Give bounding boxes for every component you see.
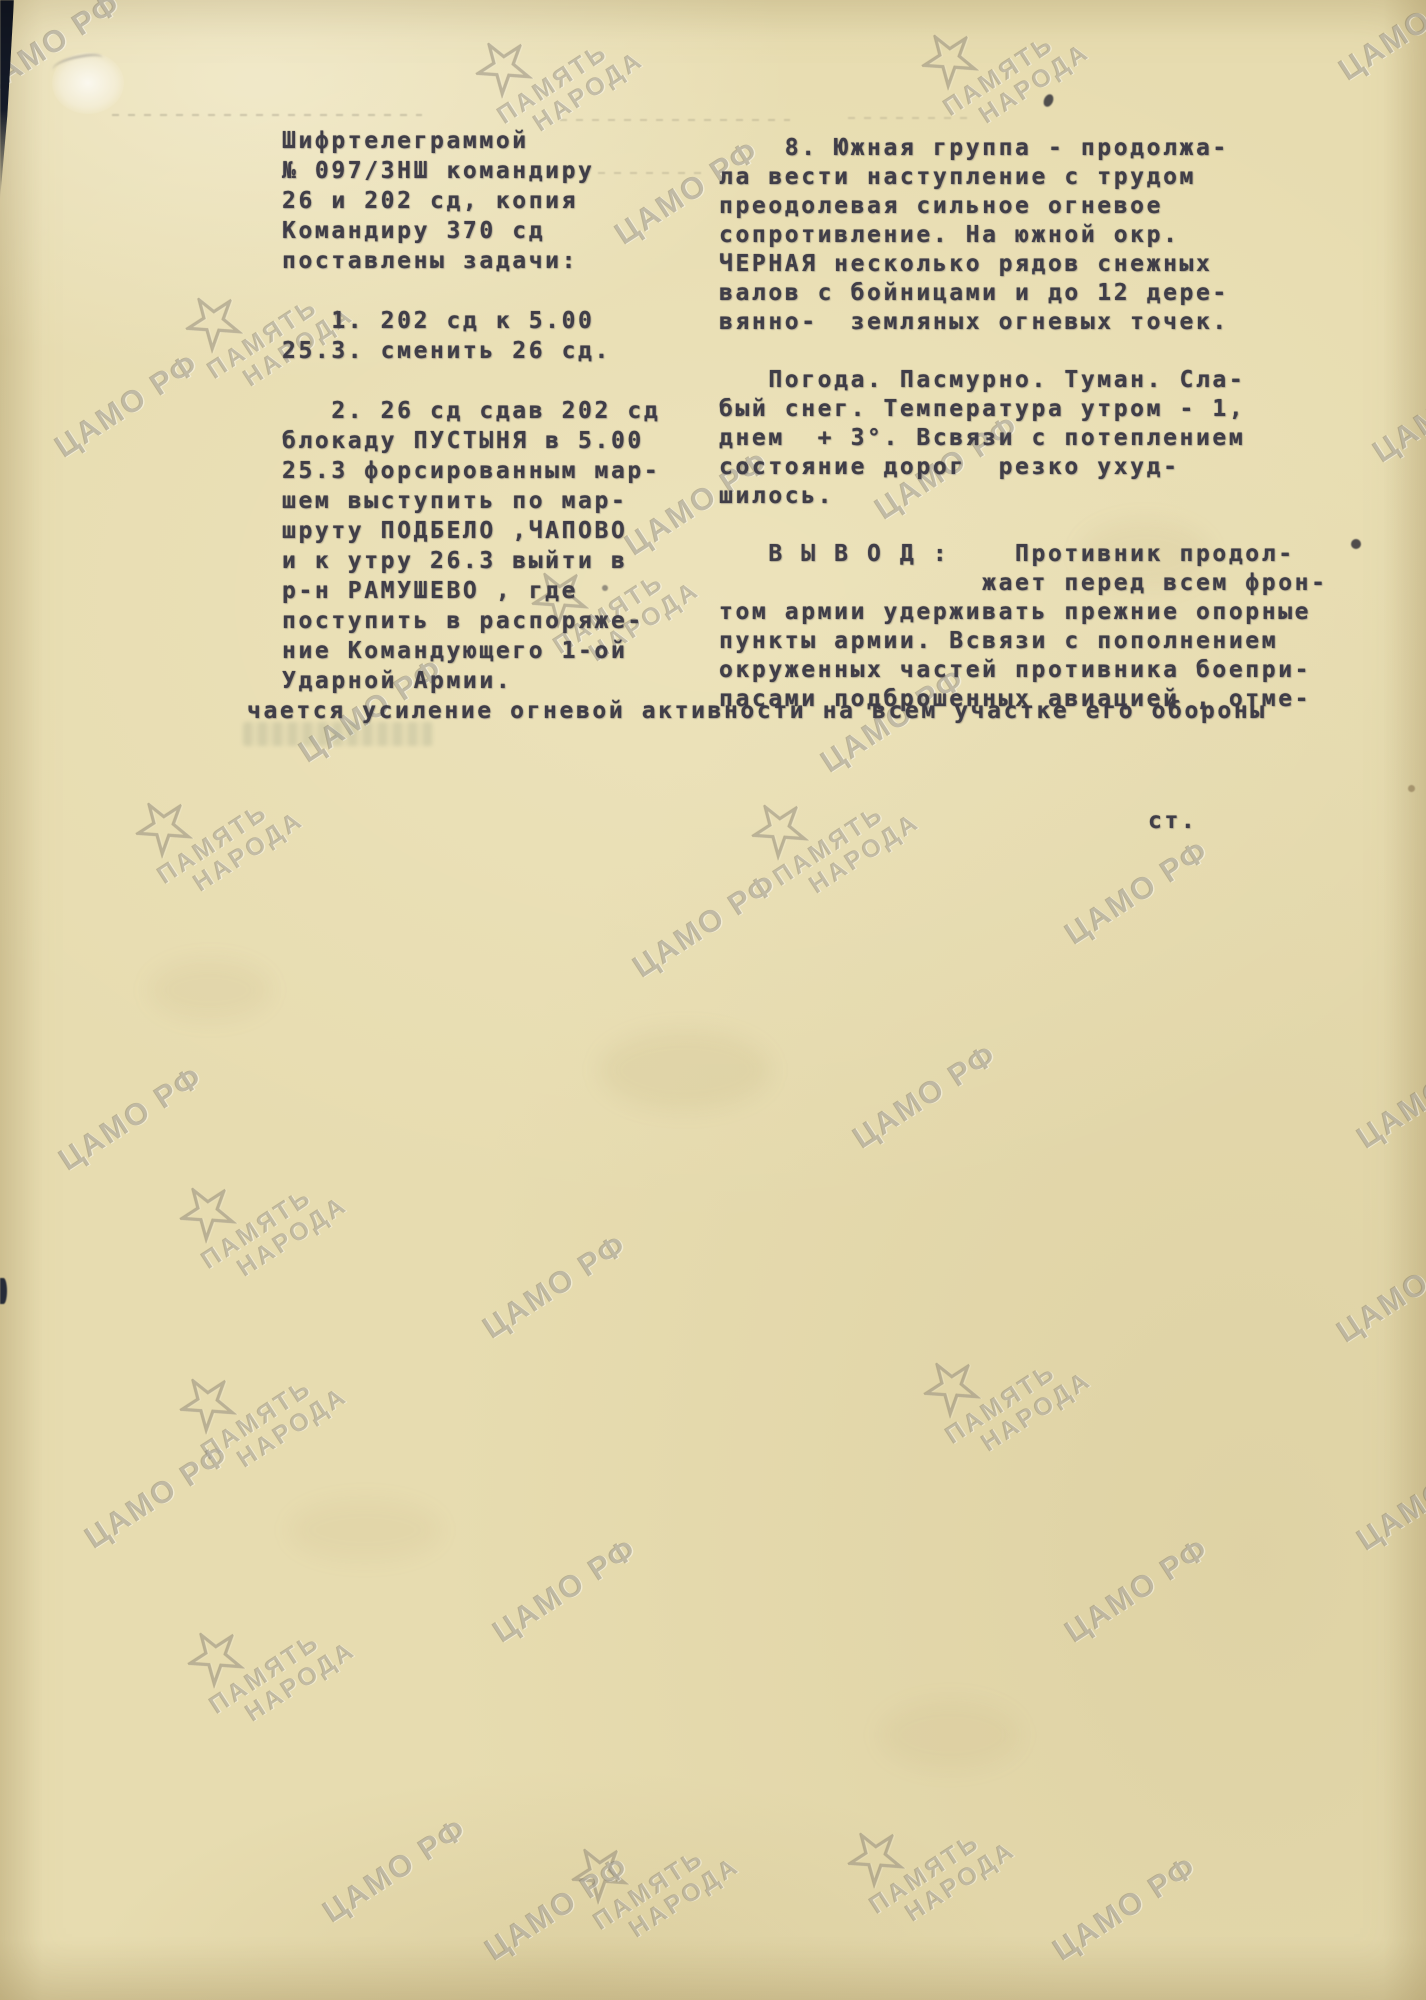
watermark-word: ПАМЯТЬ [938,16,1079,120]
text-line: бый снег. Температура утром - 1, [719,395,1328,424]
watermark-archive: ЦАМО РФ [1058,1531,1215,1651]
watermark-memory-logo: ПАМЯТЬНАРОДА [558,1784,744,1957]
watermark-word: НАРОДА [974,38,1093,128]
scan-edge-mark [0,1278,7,1304]
ink-speck [1408,785,1415,792]
watermark-memory-logo: ПАМЯТЬНАРОДА [174,1568,360,1741]
ink-speck [1351,539,1361,549]
text-line [719,511,1328,540]
watermark-word: ПАМЯТЬ [588,1830,729,1934]
text-line: и к утру 26.3 выйти в [282,546,660,576]
text-line [719,337,1328,366]
watermark-archive: ЦАМО РФ [48,346,205,466]
watermark-archive: ЦАМО РФ [486,1531,643,1651]
text-line: ла вести наступление с трудом [719,163,1328,192]
star-icon [911,20,986,95]
text-line [282,276,660,306]
star-icon [561,1834,636,1909]
text-line: ЧЕРНАЯ несколько рядов снежных [719,250,1328,279]
watermark-word: ПАМЯТЬ [864,1814,1005,1918]
watermark-archive: ЦАМО РФ [626,866,783,986]
text-line [282,366,660,396]
text-line: поступить в распоряже- [282,606,660,636]
star-icon [837,1818,912,1893]
text-line: сопротивление. На южной окр. [719,221,1328,250]
watermark-word: ПАМЯТЬ [196,1169,337,1273]
right-column-text: 8. Южная группа - продолжа-ла вести наст… [719,134,1328,714]
ink-speck [1042,93,1056,109]
text-line: 25.3 форсированным мар- [282,456,660,486]
watermark-memory-logo: ПАМЯТЬНАРОДА [910,1298,1096,1471]
watermark-word: НАРОДА [804,808,923,898]
text-line: Ударной Армии. [282,666,660,696]
watermark-word: ПАМЯТЬ [768,786,909,890]
page-footer-fragment: ст. [1148,808,1197,834]
watermark-word: НАРОДА [232,1382,351,1472]
watermark-word: НАРОДА [624,1852,743,1942]
text-line: № 097/ЗНШ командиру [282,156,660,186]
star-icon [169,1364,244,1439]
watermark-word: ПАМЯТЬ [492,24,633,128]
star-icon [741,790,816,865]
watermark-word: ПАМЯТЬ [196,1360,337,1464]
text-line: поставлены задачи: [282,246,660,276]
watermark-word: НАРОДА [240,1636,359,1726]
watermark-archive: ЦАМО РФ [478,1849,635,1969]
text-line: 26 и 202 сд, копия [282,186,660,216]
text-line: 2. 26 сд сдав 202 сд [282,396,660,426]
watermark-archive: ЦАМО РФ [846,1037,1003,1157]
paper-stain [880,1700,1020,1770]
paper-stain [290,1500,440,1560]
text-line: днем + 3°. Всвязи с потеплением [719,424,1328,453]
watermark-word: НАРОДА [976,1366,1095,1456]
document-page: ЦАМО РФПАМЯТЬНАРОДАПАМЯТЬНАРОДАЦАМО РФЦА… [0,0,1426,2000]
faded-stamp-smudge [243,722,433,746]
scan-edge-stain [0,0,14,200]
star-icon [913,1348,988,1423]
star-icon [465,28,540,103]
watermark-memory-logo: ПАМЯТЬНАРОДА [834,1768,1020,1941]
text-line: 1. 202 сд к 5.00 [282,306,660,336]
watermark-archive: ЦАМО РФ [1046,1849,1203,1969]
watermark-archive: ЦАМО РФ [1350,1439,1426,1559]
watermark-word: НАРОДА [900,1836,1019,1926]
text-line: ние Командующего 1-ой [282,636,660,666]
star-icon [175,283,250,358]
text-line: Командиру 370 сд [282,216,660,246]
watermark-archive: ЦАМО РФ [1332,0,1426,88]
text-line: валов с бойницами и до 12 дере- [719,279,1328,308]
watermark-archive: ЦАМО РФ [476,1227,633,1347]
text-line: шилось. [719,482,1328,511]
text-line: пункты армии. Всвязи с пополнением [719,627,1328,656]
watermark-word: ПАМЯТЬ [152,784,293,888]
text-line: шруту ПОДБЕЛО ,ЧАПОВО [282,516,660,546]
watermark-memory-logo: ПАМЯТЬНАРОДА [122,738,308,911]
star-icon [177,1618,252,1693]
star-icon [125,788,200,863]
watermark-word: ПАМЯТЬ [204,1614,345,1718]
watermark-memory-logo: ПАМЯТЬНАРОДА [738,740,924,913]
text-line: 8. Южная группа - продолжа- [719,134,1328,163]
watermark-archive: ЦАМО РФ [78,1437,235,1557]
watermark-word: НАРОДА [188,806,307,896]
text-line: преодолевая сильное огневое [719,192,1328,221]
text-line: состояние дорог резко ухуд- [719,453,1328,482]
watermark-memory-logo: ПАМЯТЬНАРОДА [166,1314,352,1487]
watermark-archive: ЦАМО РФ [1058,833,1215,953]
paper-stain [150,960,270,1020]
text-line: В Ы В О Д : Противник продол- [719,540,1328,569]
text-line: окруженных частей противника боепри- [719,656,1328,685]
paper-stain [600,1030,770,1110]
watermark-archive: ЦАМО РФ [52,1059,209,1179]
watermark-archive: ЦАМО РФ [1330,1231,1426,1351]
watermark-word: НАРОДА [232,1191,351,1281]
text-line: шем выступить по мар- [282,486,660,516]
text-line: том армии удерживать прежние опорные [719,598,1328,627]
watermark-archive: ЦАМО РФ [1366,351,1426,471]
continuation-line: чается усиление огневой активности на вс… [247,698,1267,724]
text-line: вянно- земляных огневых точек. [719,308,1328,337]
text-line: р-н РАМУШЕВО , где [282,576,660,606]
left-column-text: Шифртелеграммой№ 097/ЗНШ командиру26 и 2… [282,126,660,696]
text-line: Погода. Пасмурно. Туман. Сла- [719,366,1328,395]
watermark-word: ПАМЯТЬ [940,1344,1081,1448]
text-line: блокаду ПУСТЫНЯ в 5.00 [282,426,660,456]
watermark-word: НАРОДА [528,46,647,136]
watermark-memory-logo: ПАМЯТЬНАРОДА [908,0,1094,143]
watermark-memory-logo: ПАМЯТЬНАРОДА [166,1123,352,1296]
text-line: жает перед всем фрон- [719,569,1328,598]
text-line: 25.3. сменить 26 сд. [282,336,660,366]
crease-line [112,114,422,116]
crease-line [560,119,790,121]
crease-line [848,117,968,119]
star-icon [169,1173,244,1248]
text-line: Шифртелеграммой [282,126,660,156]
watermark-archive: ЦАМО РФ [1350,1037,1426,1157]
watermark-archive: ЦАМО РФ [316,1811,473,1931]
